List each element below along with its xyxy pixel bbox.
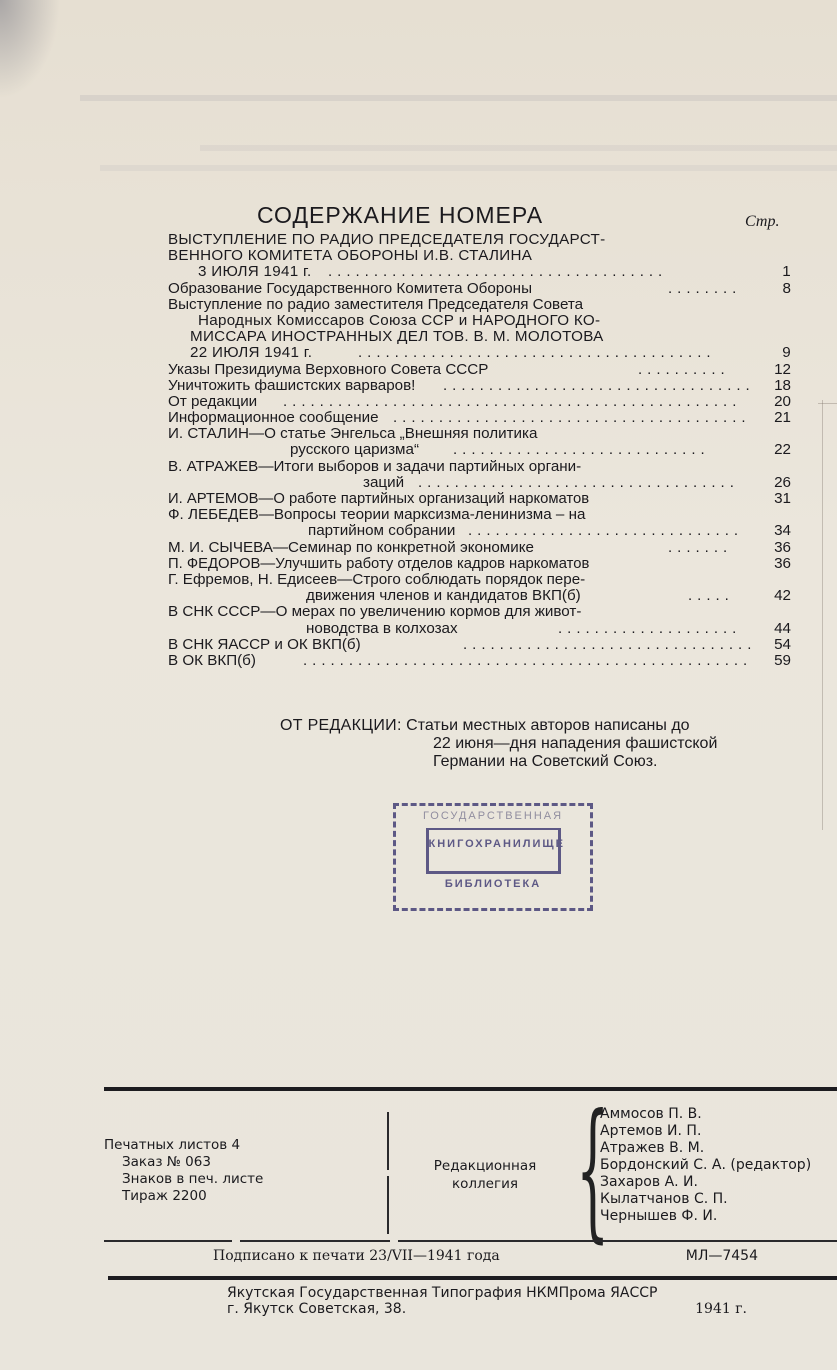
editorial-note: ОТ РЕДАКЦИИ: Статьи местных авторов напи… [280, 717, 820, 771]
toc-entry[interactable]: Образование Государственного Комитета Об… [168, 281, 791, 297]
leader-dots: .................................... [443, 378, 753, 394]
page-number: 31 [755, 491, 791, 507]
leader-dots: ................................... [418, 475, 753, 491]
toc-entry[interactable]: движения членов и кандидатов ВКП(б).....… [168, 588, 791, 604]
print-code: МЛ—7454 [686, 1248, 758, 1264]
board-member: Захаров А. И. [600, 1174, 811, 1191]
toc-entry[interactable]: Уничтожить фашистских варваров!.........… [168, 378, 791, 394]
toc-entry[interactable]: русского царизма“.......................… [168, 442, 791, 458]
page-number: 59 [755, 653, 791, 669]
page-number: 22 [755, 442, 791, 458]
page-number: 42 [755, 588, 791, 604]
print-details: Печатных листов 4 Заказ № 063 Знаков в п… [104, 1137, 263, 1205]
page-number: 34 [755, 523, 791, 539]
column-divider [387, 1112, 389, 1170]
page-number: 21 [755, 410, 791, 426]
leader-dots: ....................................... [393, 410, 753, 426]
page-column-label: Стр. [745, 213, 779, 231]
page-number: 26 [755, 475, 791, 491]
page-number: 1 [755, 264, 791, 280]
show-through-text [100, 165, 837, 171]
show-through-text [200, 145, 837, 151]
page-number: 36 [755, 540, 791, 556]
magazine-page: СОДЕРЖАНИЕ НОМЕРА Стр. ВЫСТУПЛЕНИЕ ПО РА… [0, 0, 837, 1370]
toc-entry[interactable]: В ОК ВКП(б).............................… [168, 653, 791, 669]
page-number: 44 [755, 621, 791, 637]
leader-dots: ..... [688, 588, 753, 604]
board-member: Аммосов П. В. [600, 1106, 811, 1123]
editorial-board-members: Аммосов П. В. Артемов И. П. Атражев В. М… [600, 1106, 811, 1225]
leader-dots: ..................................... [328, 264, 753, 280]
toc-line: ВЕННОГО КОМИТЕТА ОБОРОНЫ И.В. СТАЛИНА [168, 248, 791, 264]
toc-entry[interactable]: М. И. СЫЧЕВА—Семинар по конкретной эконо… [168, 540, 791, 556]
toc-entry[interactable]: Информационное сообщение................… [168, 410, 791, 426]
board-member: Кылатчанов С. П. [600, 1191, 811, 1208]
page-number: 8 [755, 281, 791, 297]
leader-dots: ............................ [453, 442, 753, 458]
editorial-board-label: Редакционная коллегия [395, 1157, 575, 1193]
leader-dots: ....................................... [358, 345, 753, 361]
table-of-contents: ВЫСТУПЛЕНИЕ ПО РАДИО ПРЕДСЕДАТЕЛЯ ГОСУДА… [168, 232, 791, 669]
page-edge [818, 403, 837, 404]
toc-entry[interactable]: От редакции.............................… [168, 394, 791, 410]
toc-entry[interactable]: И. АРТЕМОВ—О работе партийных организаци… [168, 491, 791, 507]
leader-dots: ........................................… [283, 394, 753, 410]
contents-title: СОДЕРЖАНИЕ НОМЕРА [160, 202, 640, 229]
divider-rule [240, 1240, 390, 1242]
print-year: 1941 г. [695, 1301, 747, 1317]
page-number: 9 [755, 345, 791, 361]
leader-dots: .............................. [468, 523, 753, 539]
toc-line: МИССАРА ИНОСТРАННЫХ ДЕЛ ТОВ. В. М. МОЛОТ… [168, 329, 791, 345]
printer-info: Якутская Государственная Типография НКМП… [227, 1285, 747, 1317]
board-member: Бордонский С. А. (редактор) [600, 1157, 811, 1174]
page-number: 20 [755, 394, 791, 410]
toc-line: ВЫСТУПЛЕНИЕ ПО РАДИО ПРЕДСЕДАТЕЛЯ ГОСУДА… [168, 232, 791, 248]
toc-entry[interactable]: П. ФЕДОРОВ—Улучшить работу отделов кадро… [168, 556, 791, 572]
leader-dots: .......... [638, 362, 753, 378]
leader-dots: ................................. [463, 637, 753, 653]
stamp-inner-box: КНИГОХРАНИЛИЩЕ [426, 828, 561, 874]
leader-dots: .................... [558, 621, 753, 637]
toc-line: В СНК СССР—О мерах по увеличению кормов … [168, 604, 791, 620]
editorial-note-lead: ОТ РЕДАКЦИИ: [280, 717, 402, 734]
page-number: 18 [755, 378, 791, 394]
divider-rule [108, 1276, 837, 1280]
divider-rule [104, 1240, 232, 1242]
toc-line: И. СТАЛИН—О статье Энгельса „Внешняя пол… [168, 426, 791, 442]
toc-line: Г. Ефремов, Н. Едисеев—Строго соблюдать … [168, 572, 791, 588]
leader-dots: ........................................… [303, 653, 753, 669]
page-edge [822, 400, 823, 830]
toc-line: Выступление по радио заместителя Председ… [168, 297, 791, 313]
divider-rule [104, 1087, 837, 1091]
leader-dots: ....... [668, 540, 753, 556]
toc-entry[interactable]: новодства в колхозах....................… [168, 621, 791, 637]
page-number: 12 [755, 362, 791, 378]
toc-entry[interactable]: 22 ИЮЛЯ 1941 г..........................… [168, 345, 791, 361]
toc-entry[interactable]: 3 ИЮЛЯ 1941 г...........................… [168, 264, 791, 280]
signed-to-print: Подписано к печати 23/VII—1941 года МЛ—7… [213, 1248, 758, 1264]
column-divider [387, 1176, 389, 1234]
page-number: 54 [755, 637, 791, 653]
toc-entry[interactable]: Указы Президиума Верховного Совета СССР.… [168, 362, 791, 378]
toc-line: В. АТРАЖЕВ—Итоги выборов и задачи партий… [168, 459, 791, 475]
show-through-text [80, 95, 837, 101]
toc-line: Ф. ЛЕБЕДЕВ—Вопросы теории марксизма-лени… [168, 507, 791, 523]
toc-entry[interactable]: партийном собрании......................… [168, 523, 791, 539]
board-member: Атражев В. М. [600, 1140, 811, 1157]
divider-rule [398, 1240, 837, 1242]
toc-line: Народных Комиссаров Союза ССР и НАРОДНОГ… [168, 313, 791, 329]
library-stamp: ГОСУДАРСТВЕННАЯ КНИГОХРАНИЛИЩЕ БИБЛИОТЕК… [393, 803, 593, 911]
leader-dots: ........ [668, 281, 753, 297]
toc-entry[interactable]: В СНК ЯАССР и ОК ВКП(б).................… [168, 637, 791, 653]
board-member: Чернышев Ф. И. [600, 1208, 811, 1225]
toc-entry[interactable]: заций...................................… [168, 475, 791, 491]
page-number: 36 [755, 556, 791, 572]
board-member: Артемов И. П. [600, 1123, 811, 1140]
